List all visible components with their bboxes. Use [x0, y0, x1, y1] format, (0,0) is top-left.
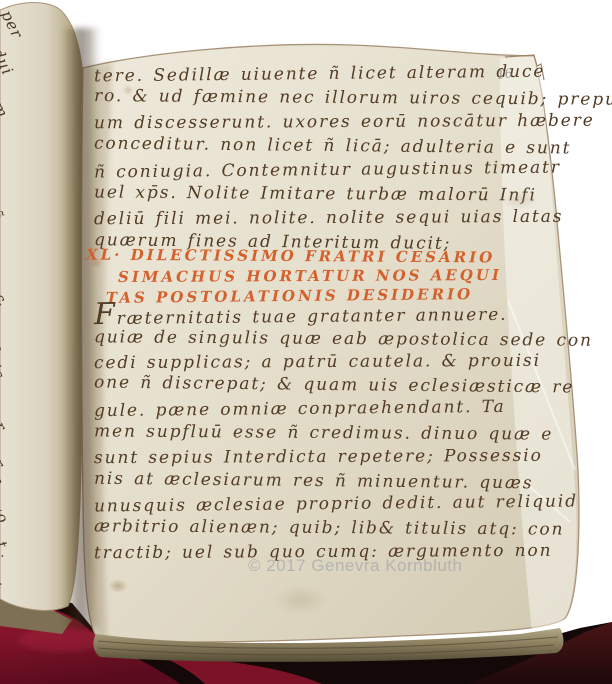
- manuscript-line: um discesserunt. uxores eorū noscātur hæ…: [94, 111, 595, 134]
- manuscript-line: cedi supplicas; a patrū cautela. & proui…: [94, 351, 541, 373]
- recto-text: tere. Sedillæ uiuente ñ licet alteram du…: [0, 0, 612, 684]
- rubric-line: XL· Dilectissimo fratri Cesario: [86, 246, 495, 267]
- manuscript-line: ñ coniugia. Contemnitur augustinus timea…: [94, 158, 561, 183]
- manuscript-line: men supfluū esse ñ credimus. dinuo quæ e: [94, 421, 553, 444]
- rubric-line: Simachus hortatur nos aequi: [118, 266, 502, 286]
- manuscript-line: deliū fili mei. nolite. nolite sequi uia…: [94, 207, 563, 229]
- manuscript-line: one ñ discrepat; & quam uis eclesiæsticæ…: [94, 372, 574, 397]
- manuscript-line: uel xp̄s. Nolite Imitare turbæ malorū In…: [94, 182, 537, 205]
- manuscript-line: sunt sepius Interdicta repetere; Possess…: [94, 446, 543, 468]
- manuscript-photo: æ per cardui eaudem meur. u ruicebre exc…: [0, 0, 612, 684]
- manuscript-line: gule. pæne omniæ conpraehendant. Ta: [94, 397, 506, 421]
- manuscript-line: tere. Sedillæ uiuente ñ licet alteram du…: [94, 62, 546, 87]
- manuscript-line: conceditur. non licet ñ licā; adulteria …: [94, 134, 572, 159]
- manuscript-line: ro. & ud fæmine nec illorum uiros cequib…: [94, 86, 612, 110]
- manuscript-line: unusquis æclesiae proprio dedit. aut rel…: [94, 491, 578, 516]
- manuscript-line: Fræternitatis tuae gratanter annuere.: [94, 304, 508, 329]
- folio-number: 16: [496, 66, 513, 82]
- manuscript-line: nis at æclesiarum res ñ minuentur. quæs: [94, 469, 534, 494]
- copyright-watermark: © 2017 Genevra Kornbluth: [248, 556, 463, 576]
- manuscript-line: ærbitrio alienæn; quib; lib& titulis atq…: [94, 516, 564, 539]
- rubric-line: tas postolationis desiderio: [106, 285, 473, 307]
- manuscript-line: quiæ de singulis quæ eab æpostolica sede…: [94, 327, 593, 350]
